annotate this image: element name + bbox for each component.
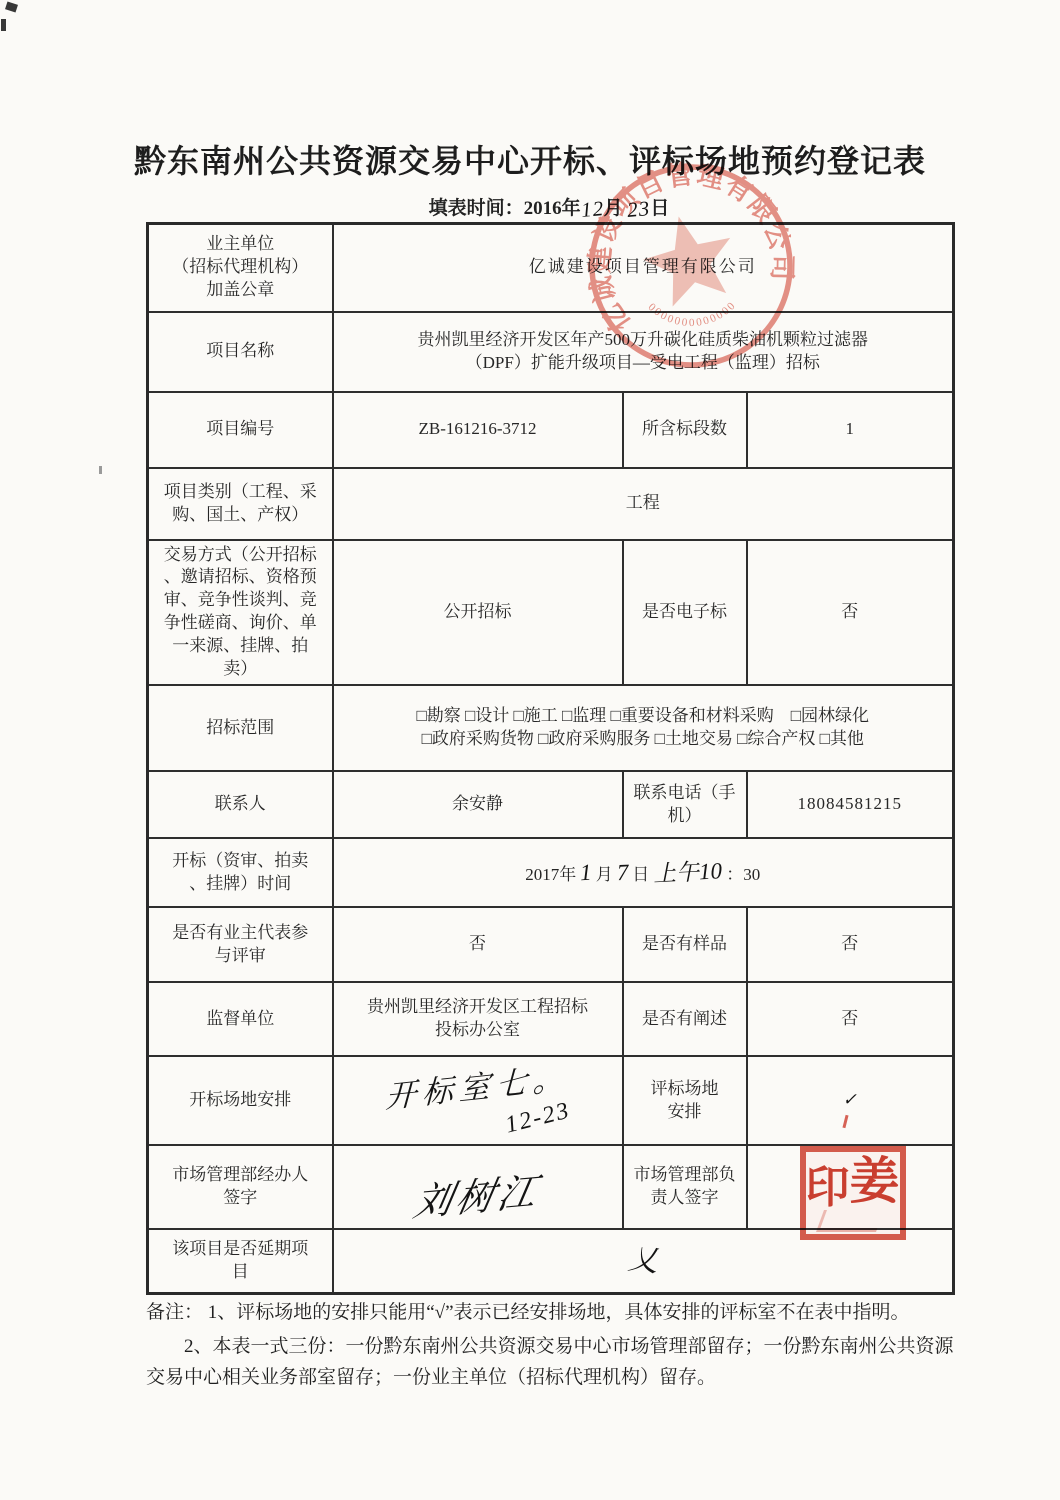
row-bid-scope: 招标范围 □勘察 □设计 □施工 □监理 □重要设备和材料采购 □园林绿化 □政… bbox=[148, 685, 954, 771]
row-supervisor: 监督单位 贵州凯里经济开发区工程招标 投标办公室 是否有阐述 否 bbox=[148, 982, 954, 1056]
handwritten-month-digit: 1 bbox=[579, 857, 592, 889]
bid-scope-options-line1: □勘察 □设计 □施工 □监理 □重要设备和材料采购 □园林绿化 bbox=[340, 705, 947, 728]
manager-sign-label: 市场管理部经办人 签字 bbox=[148, 1145, 333, 1229]
project-no-label: 项目编号 bbox=[148, 392, 333, 468]
bid-scope-options: □勘察 □设计 □施工 □监理 □重要设备和材料采购 □园林绿化 □政府采购货物… bbox=[333, 685, 954, 771]
name-stamp-char-yin: 印 bbox=[806, 1158, 850, 1217]
eval-venue-check: ✓ bbox=[747, 1056, 954, 1145]
director-stamp-cell: 印 姜 bbox=[747, 1145, 954, 1229]
handwritten-day-digit: 7 bbox=[616, 857, 629, 889]
open-time-label: 开标（资审、拍卖 、挂牌）时间 bbox=[148, 838, 333, 907]
supervisor-value: 贵州凯里经济开发区工程招标 投标办公室 bbox=[333, 982, 623, 1056]
phone-value: 18084581215 bbox=[747, 771, 954, 838]
owner-rep-label: 是否有业主代表参 与评审 bbox=[148, 907, 333, 982]
name-stamp-faded-strokes bbox=[815, 1210, 883, 1232]
name-stamp-char-jiang: 姜 bbox=[850, 1148, 900, 1216]
row-open-time: 开标（资审、拍卖 、挂牌）时间 2017年1月7日上午10：30 bbox=[148, 838, 954, 907]
name-stamp: 印 姜 bbox=[800, 1146, 906, 1240]
handwritten-am-hour: 上午10 bbox=[652, 855, 723, 890]
owner-rep-value: 否 bbox=[333, 907, 623, 982]
supervisor-label: 监督单位 bbox=[148, 982, 333, 1056]
row-project-no: 项目编号 ZB-161216-3712 所含标段数 1 bbox=[148, 392, 954, 468]
scan-speck bbox=[1, 19, 6, 31]
manager-signature: 刘树江 bbox=[333, 1145, 623, 1229]
category-value: 工程 bbox=[333, 468, 954, 540]
row-contact: 联系人 余安静 联系电话（手 机） 18084581215 bbox=[148, 771, 954, 838]
row-category: 项目类别（工程、采 购、国土、产权） 工程 bbox=[148, 468, 954, 540]
stamp-ink-mark bbox=[842, 1115, 848, 1128]
handwritten-signature: 刘树江 bbox=[410, 1167, 546, 1230]
section-count-value: 1 bbox=[747, 392, 954, 468]
handwritten-day: 23 bbox=[627, 196, 652, 223]
scan-speck bbox=[5, 1, 18, 12]
checkmark-icon: ✓ bbox=[843, 1090, 857, 1109]
open-venue-label: 开标场地安排 bbox=[148, 1056, 333, 1145]
reservation-table: 业主单位 （招标代理机构） 加盖公章 亿诚建设项目管理有限公司 项目名称 贵州凯… bbox=[146, 222, 955, 1295]
section-count-label: 所含标段数 bbox=[623, 392, 747, 468]
month-unit: 月 bbox=[604, 198, 623, 219]
page-title: 黔东南州公共资源交易中心开标、评标场地预约登记表 bbox=[0, 136, 1060, 182]
row-open-venue: 开标场地安排 开标室七。 12-23 评标场地 安排 ✓ bbox=[148, 1056, 954, 1145]
electronic-bid-value: 否 bbox=[747, 540, 954, 686]
trade-mode-label: 交易方式（公开招标 、邀请招标、资格预 审、竞争性谈判、竞 争性磋商、询价、单 … bbox=[148, 540, 333, 686]
note-1: 备注： 1、评标场地的安排只能用“√”表示已经安排场地，具体安排的评标室不在表中… bbox=[146, 1298, 956, 1329]
contact-value: 余安静 bbox=[333, 771, 623, 838]
statement-label: 是否有阐述 bbox=[623, 982, 747, 1056]
scanned-form-page: 黔东南州公共资源交易中心开标、评标场地预约登记表 填表时间：2016年12月 2… bbox=[0, 0, 1060, 1500]
handwritten-month: 12 bbox=[580, 196, 605, 223]
director-sign-label: 市场管理部负 责人签字 bbox=[623, 1145, 747, 1229]
project-name-value: 贵州凯里经济开发区年产500万升碳化硅质柴油机颗粒过滤器 （DPF）扩能升级项目… bbox=[333, 312, 954, 392]
handwritten-x-mark: 乂 bbox=[626, 1239, 660, 1282]
sample-value: 否 bbox=[747, 907, 954, 982]
footer-notes: 备注： 1、评标场地的安排只能用“√”表示已经安排场地，具体安排的评标室不在表中… bbox=[146, 1298, 956, 1396]
statement-value: 否 bbox=[747, 982, 954, 1056]
row-owner-rep: 是否有业主代表参 与评审 否 是否有样品 否 bbox=[148, 907, 954, 982]
date-prefix: 填表时间：2016年 bbox=[429, 198, 581, 219]
category-label: 项目类别（工程、采 购、国土、产权） bbox=[148, 468, 333, 540]
sample-label: 是否有样品 bbox=[623, 907, 747, 982]
row-owner-unit: 业主单位 （招标代理机构） 加盖公章 亿诚建设项目管理有限公司 bbox=[148, 224, 954, 312]
open-venue-handwriting: 开标室七。 12-23 bbox=[333, 1056, 623, 1145]
trade-mode-value: 公开招标 bbox=[333, 540, 623, 686]
scan-speck bbox=[99, 466, 102, 474]
bid-scope-options-line2: □政府采购货物 □政府采购服务 □土地交易 □综合产权 □其他 bbox=[340, 728, 947, 751]
project-no-value: ZB-161216-3712 bbox=[333, 392, 623, 468]
owner-unit-label: 业主单位 （招标代理机构） 加盖公章 bbox=[148, 224, 333, 312]
contact-label: 联系人 bbox=[148, 771, 333, 838]
row-manager-sign: 市场管理部经办人 签字 刘树江 市场管理部负 责人签字 印 姜 bbox=[148, 1145, 954, 1229]
note-2: 2、本表一式三份：一份黔东南州公共资源交易中心市场管理部留存；一份黔东南州公共资… bbox=[146, 1332, 956, 1394]
project-name-label: 项目名称 bbox=[148, 312, 333, 392]
row-project-name: 项目名称 贵州凯里经济开发区年产500万升碳化硅质柴油机颗粒过滤器 （DPF）扩… bbox=[148, 312, 954, 392]
bid-scope-label: 招标范围 bbox=[148, 685, 333, 771]
open-time-value: 2017年1月7日上午10：30 bbox=[333, 838, 954, 907]
form-fill-date: 填表时间：2016年12月 23日 bbox=[146, 193, 952, 220]
row-trade-mode: 交易方式（公开招标 、邀请招标、资格预 审、竞争性谈判、竞 争性磋商、询价、单 … bbox=[148, 540, 954, 686]
owner-unit-value: 亿诚建设项目管理有限公司 bbox=[333, 224, 954, 312]
eval-venue-label: 评标场地 安排 bbox=[623, 1056, 747, 1145]
phone-label: 联系电话（手 机） bbox=[623, 771, 747, 838]
electronic-bid-label: 是否电子标 bbox=[623, 540, 747, 686]
day-unit: 日 bbox=[650, 198, 669, 219]
postponed-label: 该项目是否延期项 目 bbox=[148, 1229, 333, 1293]
